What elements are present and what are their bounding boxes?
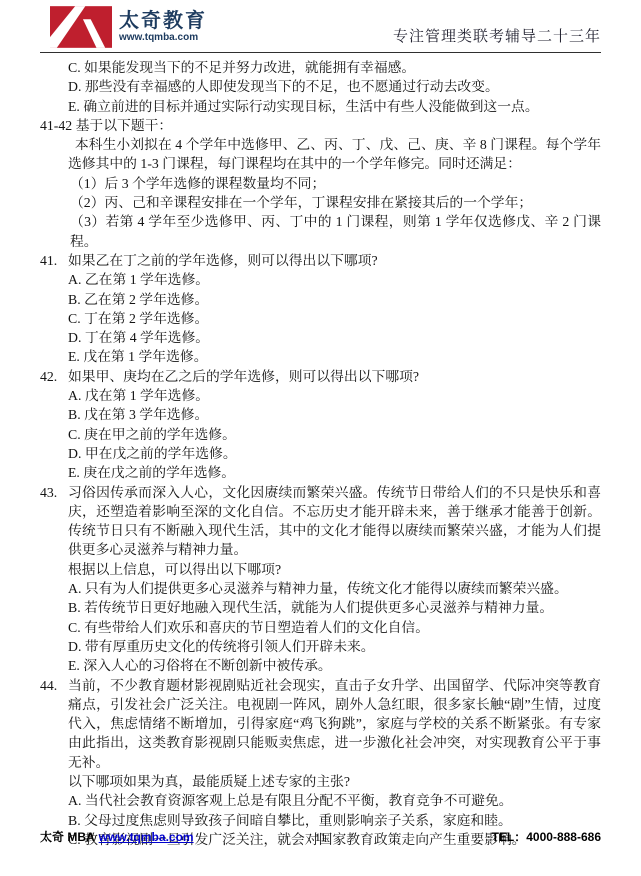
question-text: 如果乙在丁之前的学年选修，则可以得出以下哪项? (68, 251, 601, 270)
answer-option: D. 丁在第 4 学年选修。 (40, 328, 601, 347)
answer-option: D. 那些没有幸福感的人即使发现当下的不足，也不愿通过行动去改变。 (40, 77, 601, 96)
condition-item: （3）若第 4 学年至少选修甲、丙、丁中的 1 门课程，则第 1 学年仅选修戊、… (40, 212, 601, 251)
question-group-stem: 本科生小刘拟在 4 个学年中选修甲、乙、丙、丁、戊、己、庚、辛 8 门课程。每个… (40, 135, 601, 174)
footer-left: 太奇 MBAwww.tqmba.com (40, 828, 315, 845)
answer-option: D. 带有厚重历史文化的传统将引领人们开辟未来。 (40, 637, 601, 656)
footer-brand: 太奇 MBA (40, 830, 95, 844)
question-stem-row: 42.如果甲、庚均在乙之后的学年选修，则可以得出以下哪项? (40, 367, 601, 386)
question-block: 43.习俗因传承而深入人心，文化因赓续而繁荣兴盛。传统节日带给人们的不只是快乐和… (40, 483, 601, 676)
answer-option: A. 只有为人们提供更多心灵滋养与精神力量，传统文化才能得以赓续而繁荣兴盛。 (40, 579, 601, 598)
question-number: 44. (40, 676, 68, 792)
brand-name: 太奇教育 (119, 10, 207, 32)
question-block: 41.如果乙在丁之前的学年选修，则可以得出以下哪项?A. 乙在第 1 学年选修。… (40, 251, 601, 367)
page-footer: 太奇 MBAwww.tqmba.com 11 TEL：4000-888-686 (40, 828, 601, 845)
question-number: 43. (40, 483, 68, 579)
answer-option: E. 深入人心的习俗将在不断创新中被传承。 (40, 656, 601, 675)
question-stem-line: 根据以上信息，可以得出以下哪项? (68, 560, 601, 579)
condition-item: （1）后 3 个学年选修的课程数量均不同； (40, 174, 601, 193)
answer-option: B. 若传统节日更好地融入现代生活，就能为人们提供更多心灵滋养与精神力量。 (40, 598, 601, 617)
question-stem-line: 当前，不少教育题材影视剧贴近社会现实，直击子女升学、出国留学、代际冲突等教育痛点… (68, 676, 601, 772)
brand-site-url: www.tqmba.com (119, 32, 207, 44)
answer-option: A. 戊在第 1 学年选修。 (40, 386, 601, 405)
footer-tel: TEL：4000-888-686 (326, 828, 601, 845)
answer-option: E. 庚在戊之前的学年选修。 (40, 463, 601, 482)
footer-website-link[interactable]: www.tqmba.com (99, 830, 194, 844)
answer-option: E. 戊在第 1 学年选修。 (40, 347, 601, 366)
question-stem-line: 如果乙在丁之前的学年选修，则可以得出以下哪项? (68, 251, 601, 270)
answer-option: B. 乙在第 2 学年选修。 (40, 290, 601, 309)
brand-text: 太奇教育 www.tqmba.com (119, 10, 207, 44)
question-group-heading: 41-42 基于以下题干： (40, 116, 601, 135)
document-body: C. 如果能发现当下的不足并努力改进，就能拥有幸福感。D. 那些没有幸福感的人即… (40, 53, 601, 849)
question-stem-row: 41.如果乙在丁之前的学年选修，则可以得出以下哪项? (40, 251, 601, 270)
answer-option: C. 丁在第 2 学年选修。 (40, 309, 601, 328)
question-text: 如果甲、庚均在乙之后的学年选修，则可以得出以下哪项? (68, 367, 601, 386)
taiqi-logo-icon (50, 6, 112, 48)
page-number: 11 (315, 830, 327, 845)
answer-option: A. 乙在第 1 学年选修。 (40, 270, 601, 289)
answer-option: B. 父母过度焦虑则导致孩子间暗自攀比，重则影响亲子关系，家庭和睦。 (40, 811, 601, 830)
answer-option: C. 庚在甲之前的学年选修。 (40, 425, 601, 444)
question-stem-row: 43.习俗因传承而深入人心，文化因赓续而繁荣兴盛。传统节日带给人们的不只是快乐和… (40, 483, 601, 579)
question-stem-line: 习俗因传承而深入人心，文化因赓续而繁荣兴盛。传统节日带给人们的不只是快乐和喜庆，… (68, 483, 601, 560)
answer-option: C. 有些带给人们欢乐和喜庆的节日塑造着人们的文化自信。 (40, 618, 601, 637)
answer-option: A. 当代社会教育资源客观上总是有限且分配不平衡，教育竞争不可避免。 (40, 791, 601, 810)
question-number: 41. (40, 251, 68, 270)
question-block: 44.当前，不少教育题材影视剧贴近社会现实，直击子女升学、出国留学、代际冲突等教… (40, 676, 601, 850)
condition-item: （2）丙、己和辛课程安排在一个学年，丁课程安排在紧接其后的一个学年； (40, 193, 601, 212)
question-text: 习俗因传承而深入人心，文化因赓续而繁荣兴盛。传统节日带给人们的不只是快乐和喜庆，… (68, 483, 601, 579)
answer-option: E. 确立前进的目标并通过实际行动实现目标，生活中有些人没能做到这一点。 (40, 97, 601, 116)
question-stem-line: 如果甲、庚均在乙之后的学年选修，则可以得出以下哪项? (68, 367, 601, 386)
brand: 太奇教育 www.tqmba.com (40, 6, 207, 48)
answer-option: B. 戊在第 3 学年选修。 (40, 405, 601, 424)
question-number: 42. (40, 367, 68, 386)
answer-option: C. 如果能发现当下的不足并努力改进，就能拥有幸福感。 (40, 58, 601, 77)
header-tagline: 专注管理类联考辅导二十三年 (393, 25, 601, 48)
question-text: 当前，不少教育题材影视剧贴近社会现实，直击子女升学、出国留学、代际冲突等教育痛点… (68, 676, 601, 792)
page-header: 太奇教育 www.tqmba.com 专注管理类联考辅导二十三年 (40, 0, 601, 53)
question-block: 42.如果甲、庚均在乙之后的学年选修，则可以得出以下哪项?A. 戊在第 1 学年… (40, 367, 601, 483)
question-stem-row: 44.当前，不少教育题材影视剧贴近社会现实，直击子女升学、出国留学、代际冲突等教… (40, 676, 601, 792)
answer-option: D. 甲在戊之前的学年选修。 (40, 444, 601, 463)
question-stem-line: 以下哪项如果为真，最能质疑上述专家的主张? (68, 772, 601, 791)
document-page: 太奇教育 www.tqmba.com 专注管理类联考辅导二十三年 C. 如果能发… (0, 0, 641, 876)
